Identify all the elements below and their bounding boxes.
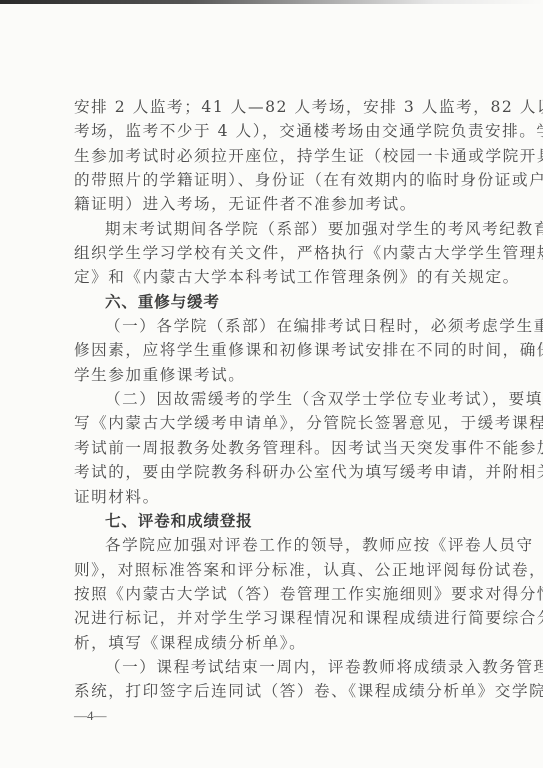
text-line: 考场，监考不少于 4 人），交通楼考场由交通学院负责安排。学 (74, 119, 474, 143)
text-line: 系统，打印签字后连同试（答）卷、《课程成绩分析单》交学院 (74, 679, 474, 703)
text-line: （一）各学院（系部）在编排考试日程时，必须考虑学生重 (74, 314, 474, 338)
text-line: 的带照片的学籍证明）、身份证（在有效期内的临时身份证或户 (74, 168, 474, 192)
text-line: 定》和《内蒙古大学本科考试工作管理条例》的有关规定。 (74, 265, 474, 289)
scan-edge (0, 0, 543, 4)
text-line: 生参加考试时必须拉开座位，持学生证（校园一卡通或学院开具 (74, 144, 474, 168)
text-line: 按照《内蒙古大学试（答）卷管理工作实施细则》要求对得分情 (74, 582, 474, 606)
text-line: （一）课程考试结束一周内，评卷教师将成绩录入教务管理 (74, 655, 474, 679)
text-line: 安排 2 人监考；41 人—82 人考场，安排 3 人监考，82 人以上的 (74, 95, 474, 119)
text-line: 况进行标记，并对学生学习课程情况和课程成绩进行简要综合分 (74, 606, 474, 630)
text-line: 证明材料。 (74, 485, 474, 509)
text-line: 各学院应加强对评卷工作的领导，教师应按《评卷人员守 (74, 533, 474, 557)
text-line: 考试的，要由学院教务科研办公室代为填写缓考申请，并附相关 (74, 460, 474, 484)
text-line: 析，填写《课程成绩分析单》。 (74, 631, 474, 655)
text-line: 组织学生学习学校有关文件，严格执行《内蒙古大学学生管理规 (74, 241, 474, 265)
text-line: 期末考试期间各学院（系部）要加强对学生的考风考纪教育， (74, 217, 474, 241)
document-page: 安排 2 人监考；41 人—82 人考场，安排 3 人监考，82 人以上的 考场… (74, 95, 474, 728)
text-line: 修因素，应将学生重修课和初修课考试安排在不同的时间，确保 (74, 338, 474, 362)
section-heading-grading: 七、评卷和成绩登报 (74, 509, 474, 533)
section-heading-retake-deferral: 六、重修与缓考 (74, 290, 474, 314)
text-line: 考试前一周报教务处教务管理科。因考试当天突发事件不能参加 (74, 436, 474, 460)
text-line: 学生参加重修课考试。 (74, 363, 474, 387)
text-line: 则》，对照标准答案和评分标准，认真、公正地评阅每份试卷， (74, 558, 474, 582)
page-number: —4— (74, 704, 474, 728)
text-line: 写《内蒙古大学缓考申请单》，分管院长签署意见，于缓考课程 (74, 411, 474, 435)
text-line: 籍证明）进入考场，无证件者不准参加考试。 (74, 192, 474, 216)
text-line: （二）因故需缓考的学生（含双学士学位专业考试），要填 (74, 387, 474, 411)
